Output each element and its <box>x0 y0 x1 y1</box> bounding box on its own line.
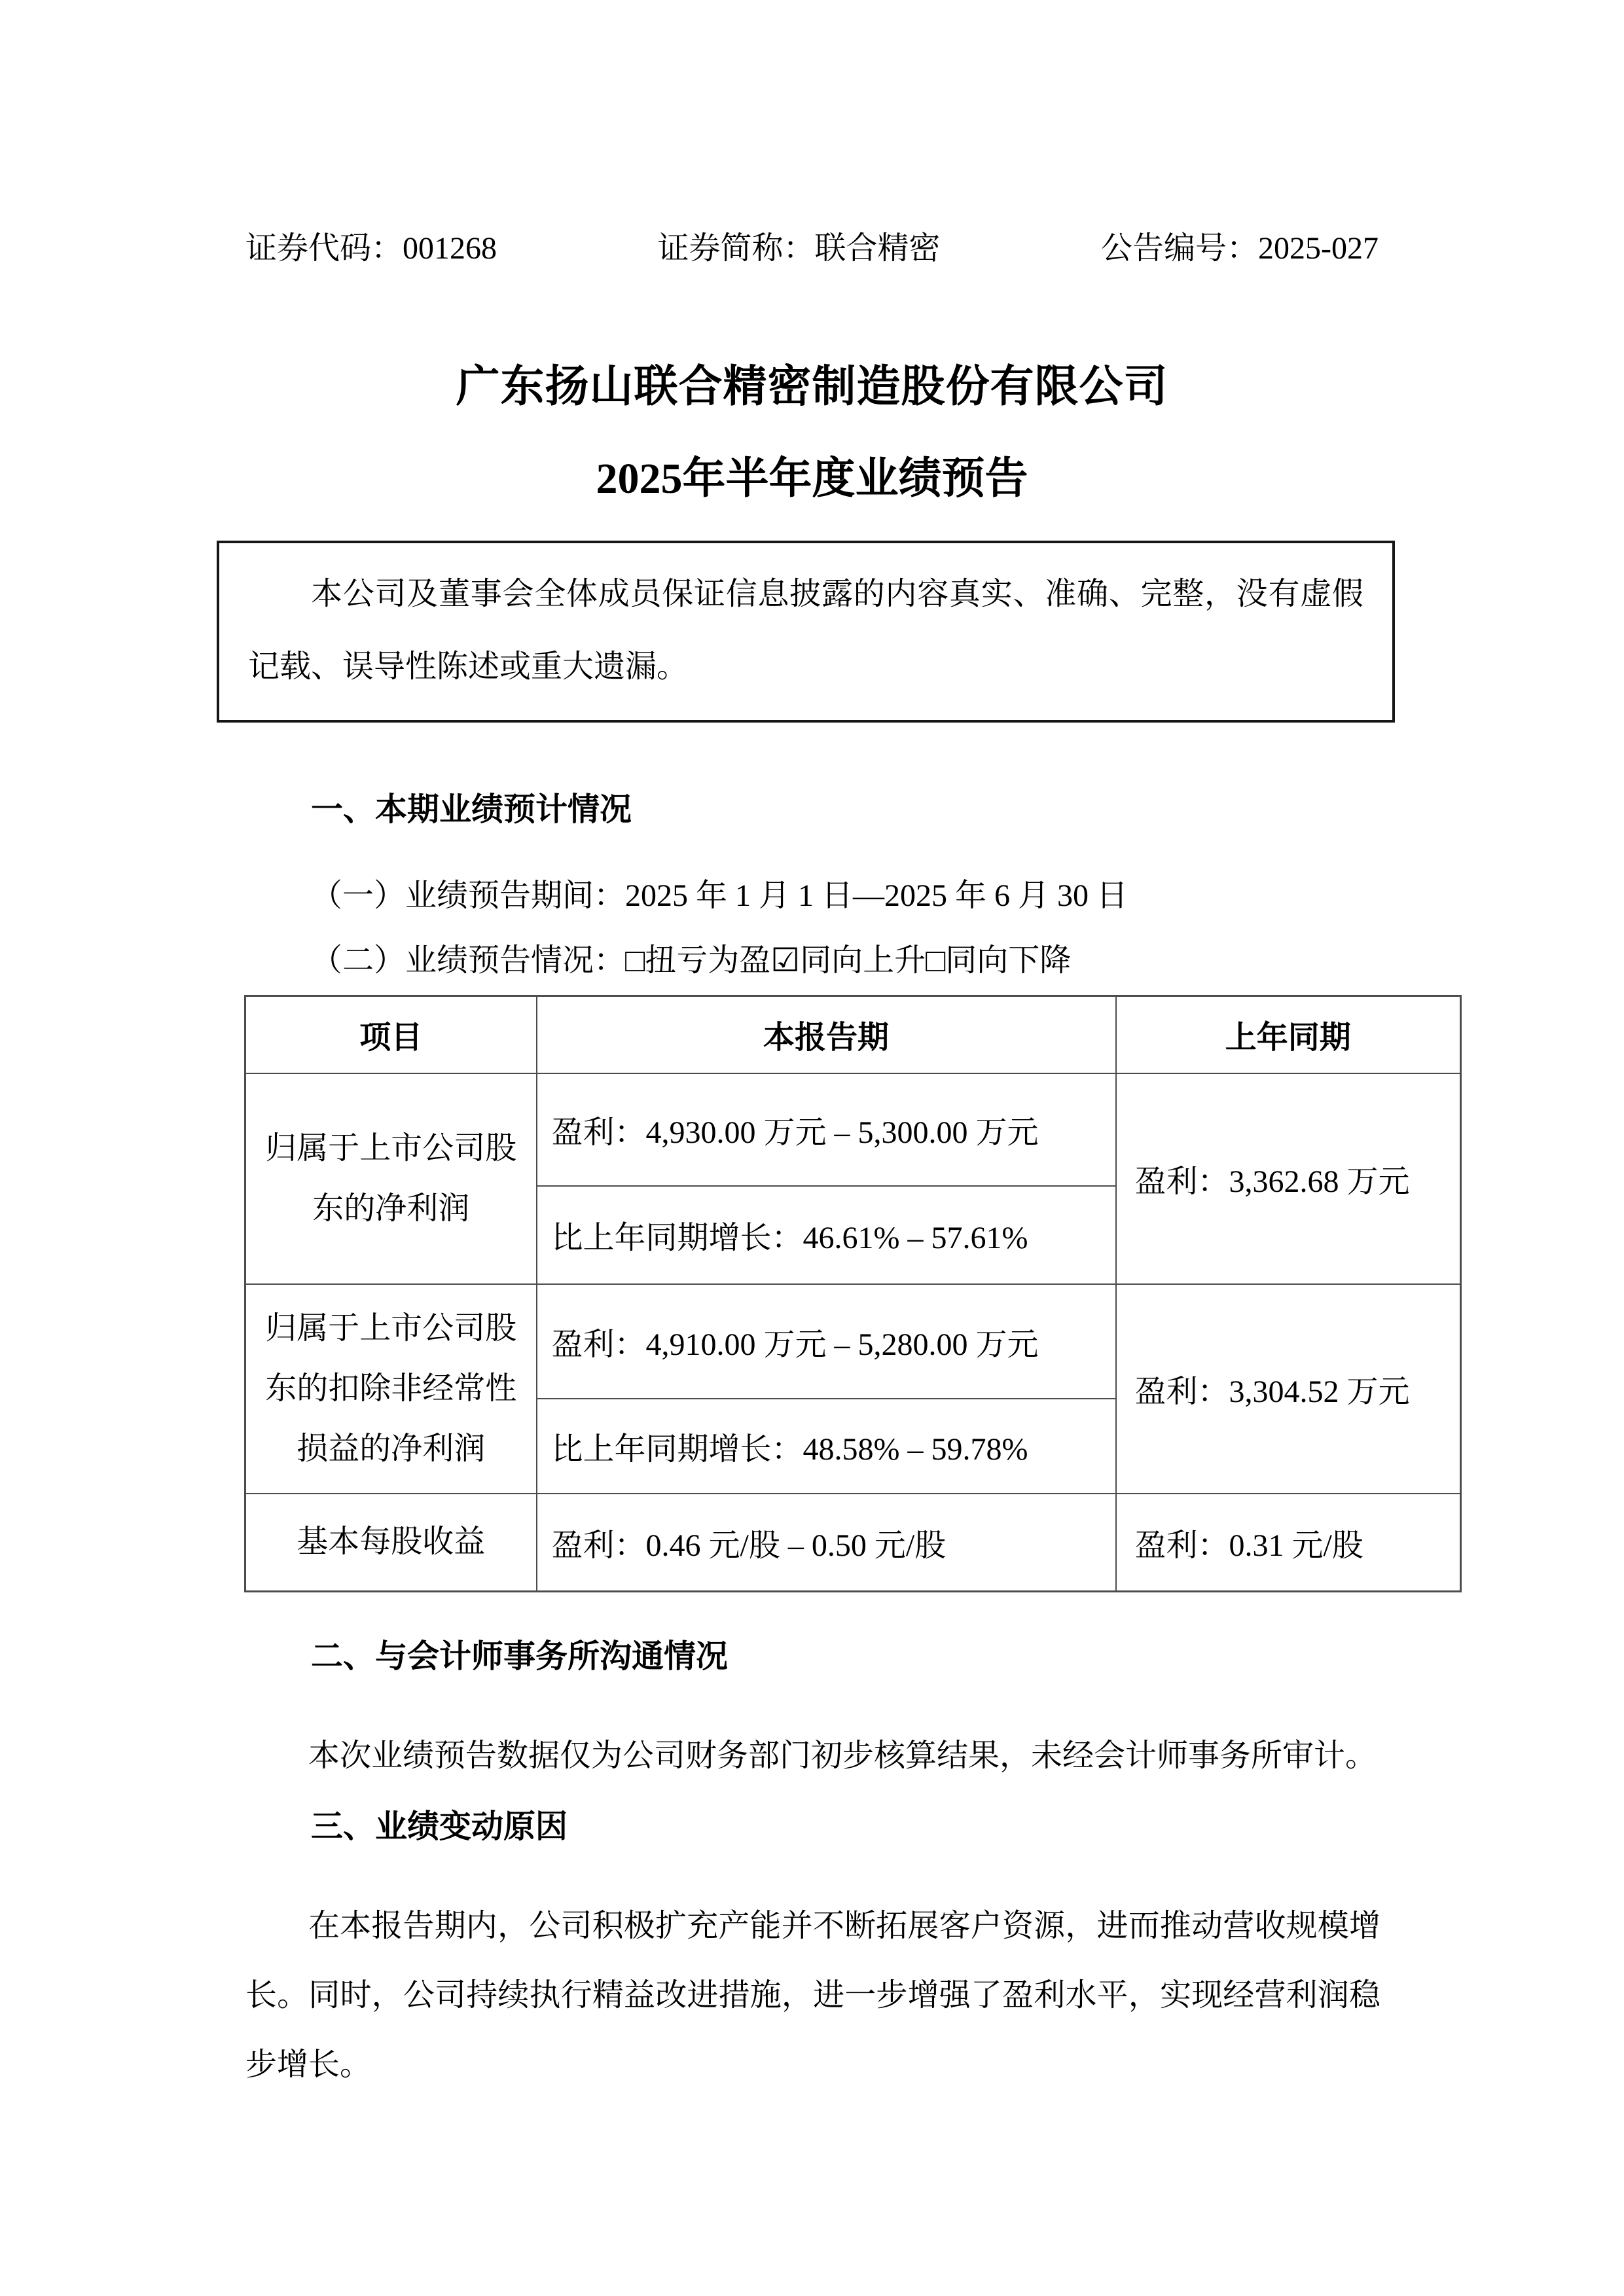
disclaimer-box: 本公司及董事会全体成员保证信息披露的内容真实、准确、完整，没有虚假记载、误导性陈… <box>217 541 1395 723</box>
forecast-period-line: （一）业绩预告期间：2025 年 1 月 1 日—2025 年 6 月 30 日 <box>245 876 1411 916</box>
row3-current-eps: 盈利：0.46 元/股 – 0.50 元/股 <box>537 1494 1116 1592</box>
row1-item-label: 归属于上市公司股东的净利润 <box>245 1073 537 1284</box>
option-same-direction-up-label: 同向上升 <box>800 943 926 978</box>
checkbox-unchecked-icon: □ <box>625 939 645 982</box>
col-header-current-period: 本报告期 <box>537 996 1116 1073</box>
stock-code-text: 证券代码：001268 <box>245 229 497 268</box>
company-name-title: 广东扬山联合精密制造股份有限公司 <box>245 362 1379 412</box>
row3-item-label: 基本每股收益 <box>245 1494 537 1592</box>
option-turn-loss-to-profit: □扭亏为盈 <box>625 943 770 978</box>
option-same-direction-down: □同向下降 <box>926 943 1071 978</box>
row2-prior-profit: 盈利：3,304.52 万元 <box>1116 1284 1461 1494</box>
row1-prior-profit: 盈利：3,362.68 万元 <box>1116 1073 1461 1284</box>
option-same-direction-up: ☑同向上升 <box>770 943 926 978</box>
report-title: 2025年半年度业绩预告 <box>245 454 1379 504</box>
disclaimer-text: 本公司及董事会全体成员保证信息披露的内容真实、准确、完整，没有虚假记载、误导性陈… <box>248 558 1363 703</box>
row2-current-growth: 比上年同期增长：48.58% – 59.78% <box>537 1399 1116 1494</box>
row2-item-label: 归属于上市公司股东的扣除非经常性损益的净利润 <box>245 1284 537 1494</box>
checkbox-unchecked-icon: □ <box>926 939 945 982</box>
performance-change-reason-text: 在本报告期内，公司积极扩充产能并不断拓展客户资源，进而推动营收规模增长。同时，公… <box>245 1892 1380 2100</box>
col-header-prior-period: 上年同期 <box>1116 996 1461 1073</box>
option-same-direction-down-label: 同向下降 <box>945 943 1071 978</box>
row1-current-profit: 盈利：4,930.00 万元 – 5,300.00 万元 <box>537 1073 1116 1186</box>
row2-current-profit: 盈利：4,910.00 万元 – 5,280.00 万元 <box>537 1284 1116 1399</box>
stock-abbr-text: 证券简称：联合精密 <box>658 229 941 268</box>
col-header-item: 项目 <box>245 996 537 1073</box>
audit-note-text: 本次业绩预告数据仅为公司财务部门初步核算结果，未经会计师事务所审计。 <box>245 1721 1380 1791</box>
section-1-heading: 一、本期业绩预计情况 <box>245 789 1380 829</box>
forecast-type-label: （二）业绩预告情况： <box>311 943 625 978</box>
announcement-page: 证券代码：001268 证券简称：联合精密 公告编号：2025-027 广东扬山… <box>0 0 1624 2296</box>
row1-current-growth: 比上年同期增长：46.61% – 57.61% <box>537 1186 1116 1284</box>
section-3-heading: 三、业绩变动原因 <box>245 1806 1380 1846</box>
checkbox-checked-icon: ☑ <box>770 939 800 982</box>
forecast-type-line: （二）业绩预告情况：□扭亏为盈☑同向上升□同向下降 <box>245 939 1411 981</box>
document-meta-header: 证券代码：001268 证券简称：联合精密 公告编号：2025-027 <box>245 229 1379 268</box>
option-turn-loss-to-profit-label: 扭亏为盈 <box>645 943 770 978</box>
section-2-heading: 二、与会计师事务所沟通情况 <box>245 1636 1380 1676</box>
announcement-no-text: 公告编号：2025-027 <box>1101 229 1379 268</box>
row3-prior-eps: 盈利：0.31 元/股 <box>1116 1494 1461 1592</box>
performance-forecast-table: 项目 本报告期 上年同期 归属于上市公司股东的净利润 盈利：4,930.00 万… <box>244 995 1462 1592</box>
